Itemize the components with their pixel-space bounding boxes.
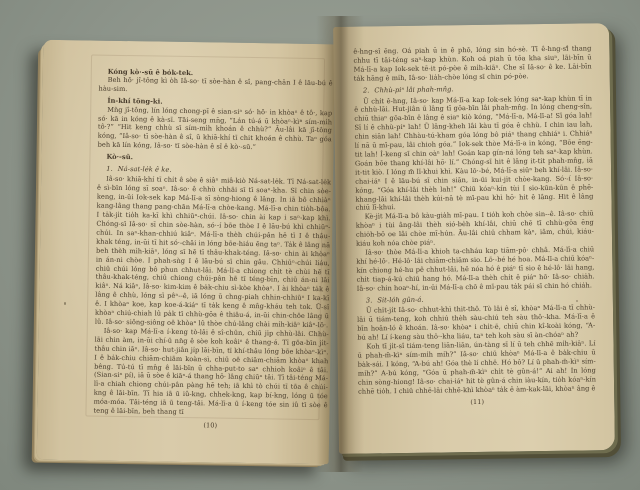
right-page-text: ê-hng-sî ēng. Oá piah ū in ê phō, lóng s… [353,44,596,409]
page-speck [566,46,568,48]
story-paragraph-3: Ū chi̍t ê-hng, Iâ-so· kap Má-lī-a kap Io… [354,94,594,213]
page-speck [576,300,578,302]
left-page: Kóng kò·-sū ê bo̍k-tek. Beh hō· jî-tông … [37,40,336,465]
continuation-paragraph: ê-hng-sî ēng. Oá piah ū in ê phō, lóng s… [353,44,591,83]
right-page-number: (11) [358,397,596,409]
story-paragraph-1: Iâ-so· khiā-khí tī chi̍t ê sòe ê siâⁿ mi… [95,175,331,330]
story-number-3: 3. [366,296,373,304]
page-speck [64,302,66,305]
story-title-2: Chhù-piⁿ lâi phah-mn̂g. [374,85,453,94]
left-page-number: (10) [93,420,327,433]
story-paragraph-7: Koh tī ji̍t-sî tiám-teng liān-liān, ún-t… [357,339,596,396]
page-speck [300,120,302,122]
story-paragraph-2: Iâ-so· kap Má-lī-a í-keng tò-lâi ê sî-ch… [93,326,328,419]
story-title-1: Ná-sat-le̍k ê ke. [118,165,172,174]
story-paragraph-4: Kè-ji̍t Má-lī-a bô kàu-gia̍h mī-pau. I t… [356,210,594,249]
book-photo: Kóng kò·-sū ê bo̍k-tek. Beh hō· jî-tông … [0,0,640,490]
left-page-text: Kóng kò·-sū ê bo̍k-tek. Beh hō· jî-tông … [93,65,333,432]
story-number-1: 1. [106,165,113,173]
paragraph-motivation: Mn̄g jî-tông, lín lóng chong-pī ê sian-s… [98,105,333,153]
story-number-2: 2. [363,87,370,95]
paragraph-purpose: Beh hō· jî-tông kì òh Iâ-so· tī sòe-hàn … [98,76,332,97]
right-page: ê-hng-sî ēng. Oá piah ū in ê phō, lóng s… [333,23,615,454]
story-paragraph-6: Ū chi̍t-ji̍t Iâ-so· chhut-khì thit-thô. … [357,304,595,343]
section-heading-story: Kò·-sū. [106,152,331,164]
story-title-3: Sit-lo̍h gûn-á. [377,296,423,305]
story-paragraph-5: Iâ-so· thòe Má-lī-a khioh ta-chháu kap t… [356,245,595,293]
